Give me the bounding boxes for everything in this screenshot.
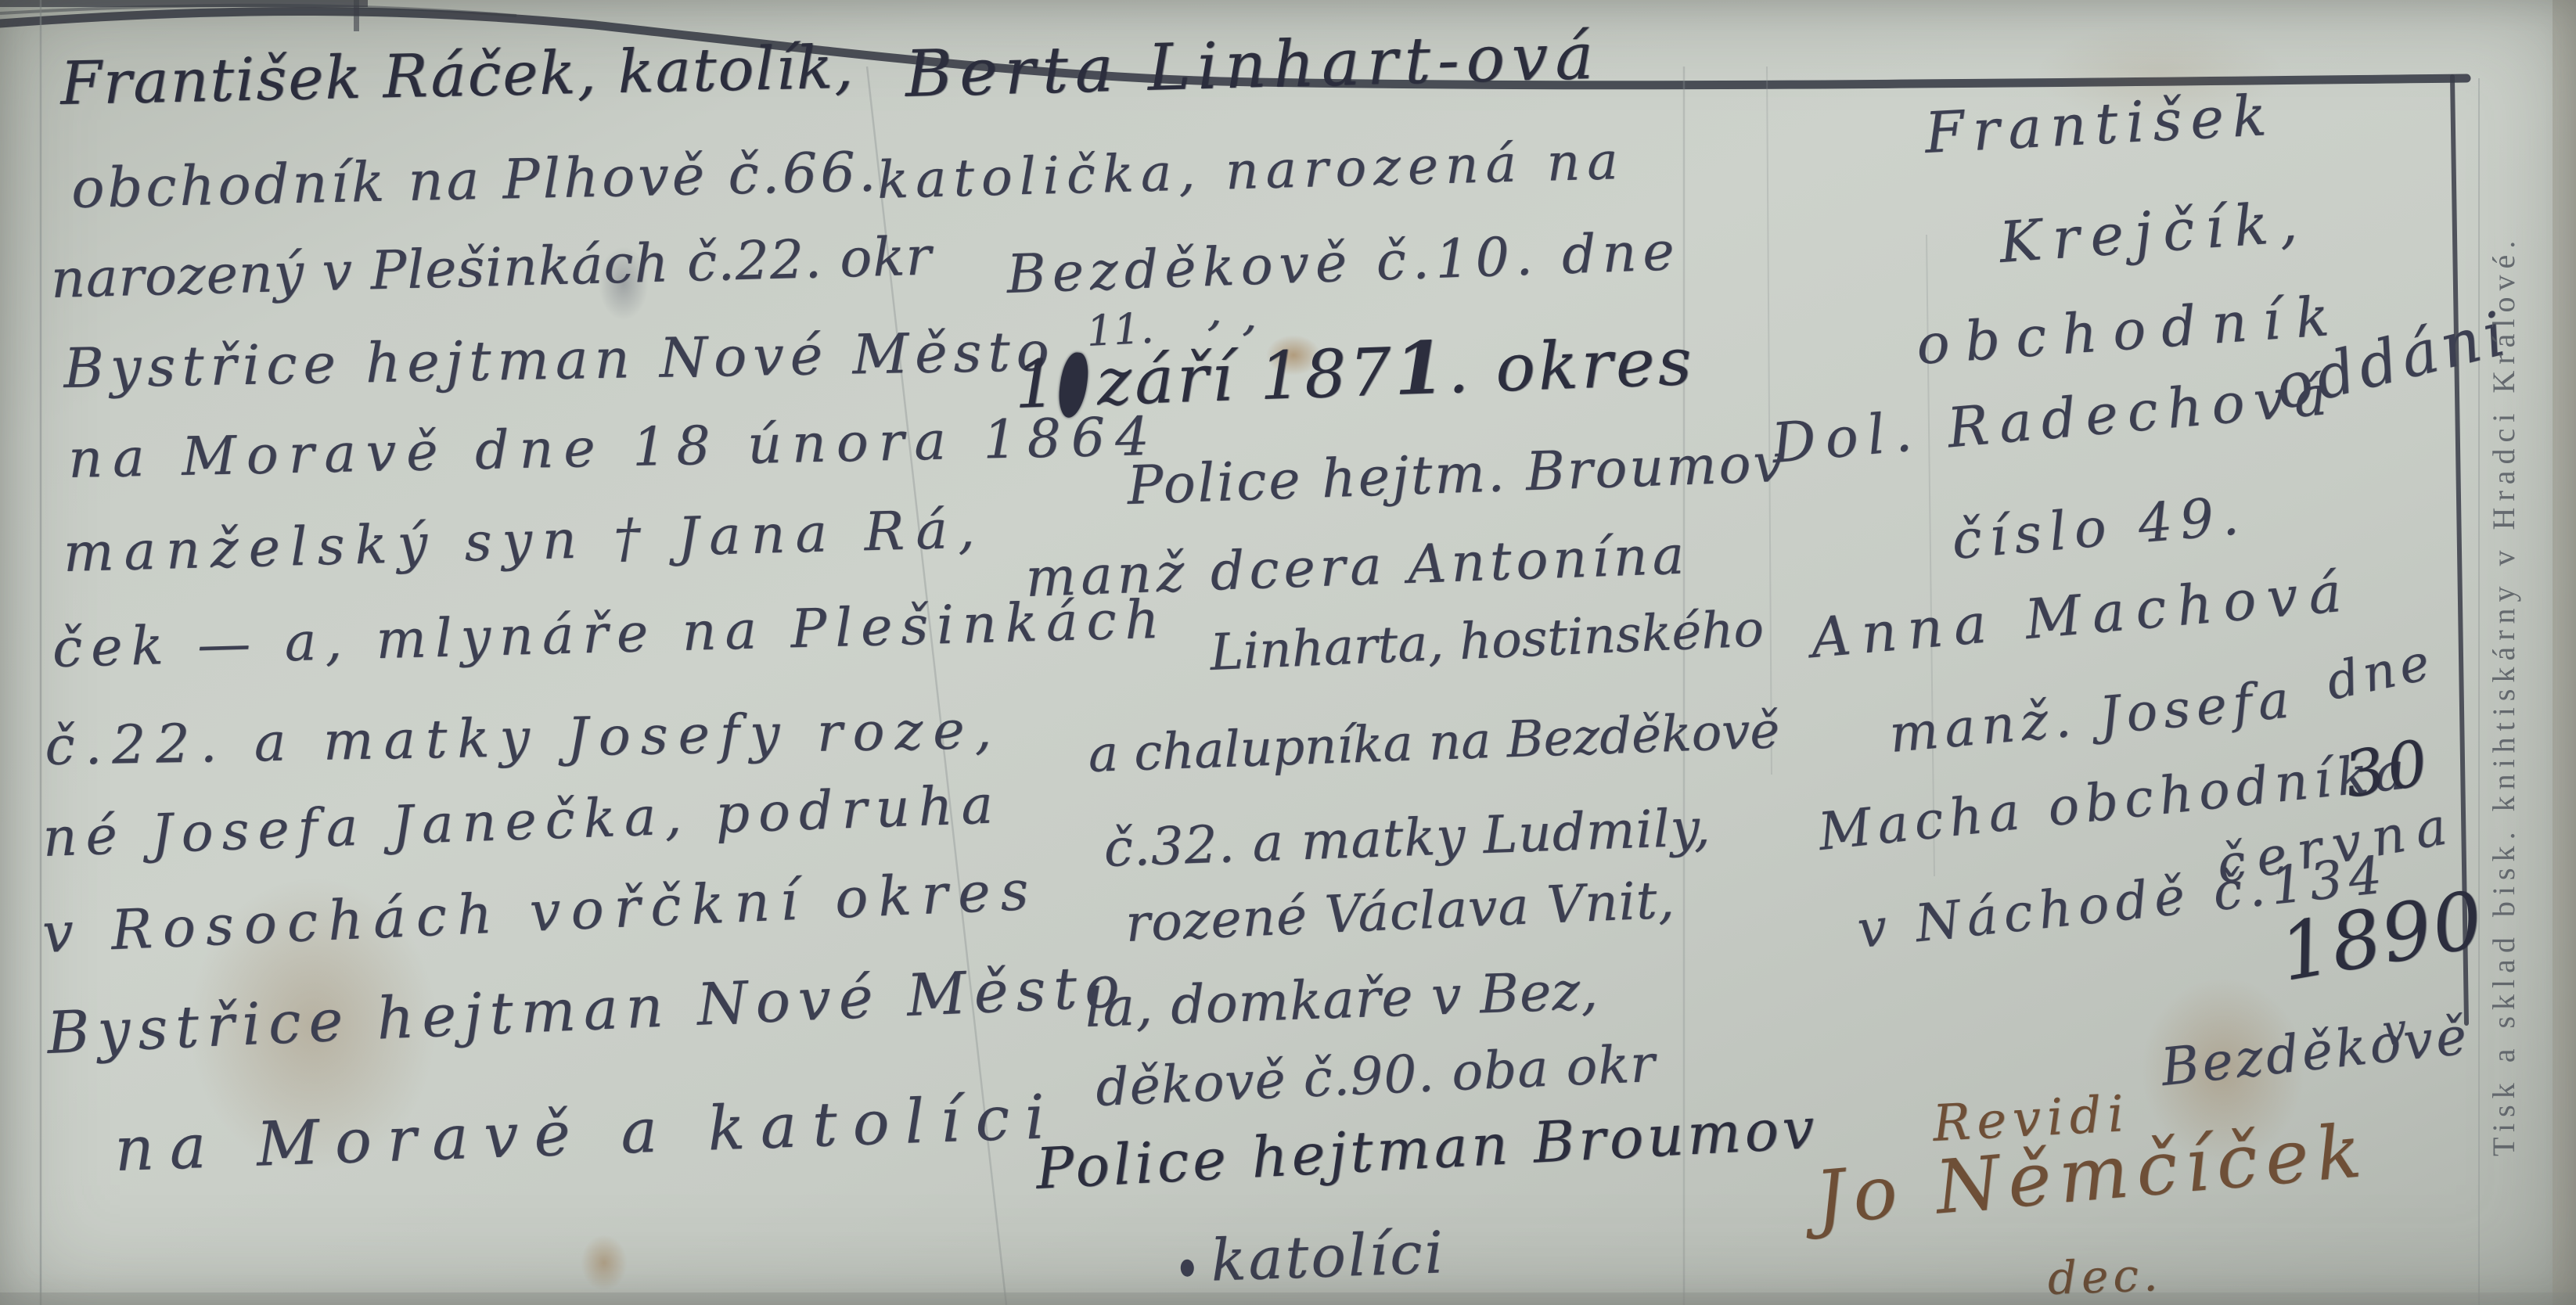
top-edge-strip [0, 0, 368, 7]
bride-line-4: manž dcera Antonína [1024, 524, 1689, 609]
bride-line-3: Police hejtm. Broumov [1126, 433, 1786, 517]
bride-date-suffix: . okres [1446, 323, 1696, 408]
bride-line-6: a chalupníka na Bezděkově [1087, 702, 1780, 784]
groom-line-6: ček — a, mlynáře na Plešinkách [52, 589, 1168, 680]
page-edge-strip [2553, 0, 2576, 1305]
groom-line-11: na Moravě a katolíci [113, 1082, 1061, 1185]
witness-line-6: manž. Josefa [1887, 669, 2297, 764]
witness-line-0: František [1923, 82, 2277, 166]
revision-title-abbrev: dec. [2047, 1248, 2164, 1305]
bride-date-day: 1 [1013, 345, 1061, 423]
groom-line-10: Bystřice hejtman Nové Město [45, 953, 1128, 1067]
bride-religion-word: katolíci [1210, 1219, 1447, 1294]
bride-line-8: rozené Václava Vnit, [1124, 869, 1676, 954]
witness-line-1: Krejčík, [1997, 189, 2310, 275]
bride-name-line: Berta Linhart-ová [905, 20, 1602, 112]
printer-imprint: Tisk a sklad bisk. knihtiskárny v Hradci… [2485, 139, 2522, 1156]
bride-line-2: Bezděkově č.10. dne [1006, 221, 1681, 306]
groom-line-5: manželský syn † Jana Rá, [63, 498, 985, 584]
bottom-edge-strip [0, 1292, 2576, 1305]
register-page: František Ráček, katolík, obchodník na P… [0, 0, 2576, 1305]
bride-line-1: katolička, narozená na [876, 131, 1625, 210]
groom-line-2: narozený v Plešinkách č.22. okr [50, 226, 933, 311]
groom-line-8: né Josefa Janečka, podruha [41, 774, 1002, 869]
witness-line-4: číslo 49. [1949, 484, 2249, 572]
groom-line-1: obchodník na Plhově č.66. [70, 139, 880, 221]
marriage-note-place: Bezděkově [2158, 1005, 2473, 1098]
stain-dot-bottom [581, 1235, 628, 1291]
groom-line-4: na Moravě dne 18 února 1864 [67, 406, 1160, 491]
bride-line-9: la, domkaře v Bez, [1084, 960, 1599, 1040]
bride-date-year-last-digit: 1 [1393, 325, 1449, 412]
marriage-note-dne: dne [2322, 633, 2439, 712]
ink-dot [1180, 1259, 1194, 1277]
groom-line-3: Bystřice hejtman Nové Město [63, 319, 1056, 401]
witness-line-5: Anna Machová [1808, 559, 2355, 670]
groom-line-0: František Ráček, katolík, [59, 32, 855, 118]
groom-line-7: č.22. a matky Josefy roze, [45, 699, 1002, 778]
ink-blot-correction [1056, 351, 1091, 419]
groom-line-9: v Rosochách vořčkní okres [41, 858, 1040, 965]
bride-line-10: děkově č.90. oba okr [1095, 1034, 1657, 1118]
bride-date-month-year: září 187 [1096, 333, 1396, 420]
top-tick-mark [354, 0, 359, 31]
bride-line-12: katolíci [1179, 1219, 1446, 1296]
bride-line-7: č.32. a matky Ludmily, [1103, 797, 1711, 879]
witness-line-3: Dol. Radechová [1769, 362, 2339, 476]
header-rule-echo [0, 5, 516, 16]
bride-line-5: Linharta, hostinského [1209, 600, 1765, 682]
